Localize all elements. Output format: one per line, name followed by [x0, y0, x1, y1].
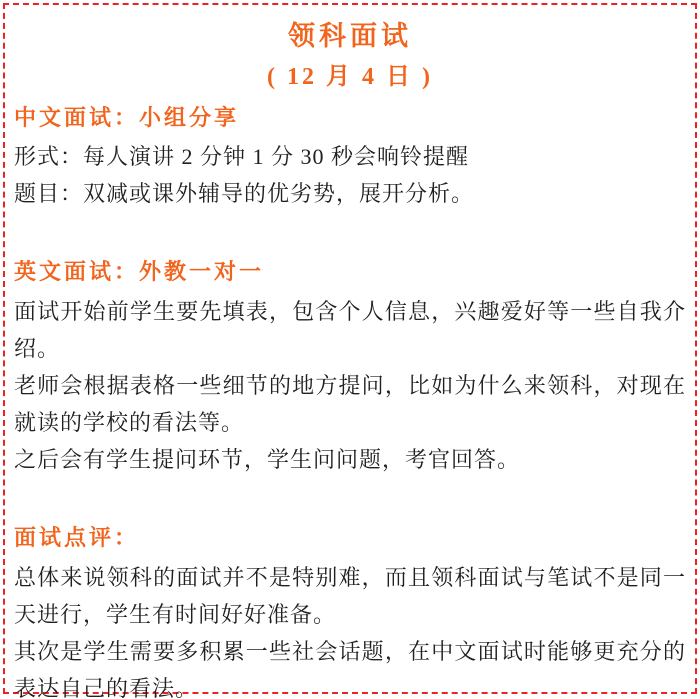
paragraph-format: 形式：每人演讲 2 分钟 1 分 30 秒会响铃提醒: [14, 138, 686, 175]
paragraph-teacher-questions: 老师会根据表格一些细节的地方提问，比如为什么来领科，对现在就读的学校的看法等。: [14, 367, 686, 441]
notice-card: 领科面试 ( 12 月 4 日 ) 中文面试：小组分享 形式：每人演讲 2 分钟…: [3, 3, 697, 694]
paragraph-review-difficulty: 总体来说领科的面试并不是特别难，而且领科面试与笔试不是同一天进行，学生有时间好好…: [14, 559, 686, 633]
page-subtitle-date: ( 12 月 4 日 ): [14, 62, 686, 92]
section-english-interview: 英文面试：外教一对一 面试开始前学生要先填表，包含个人信息，兴趣爱好等一些自我介…: [14, 258, 686, 478]
section-interview-review: 面试点评： 总体来说领科的面试并不是特别难，而且领科面试与笔试不是同一天进行，学…: [14, 524, 686, 699]
paragraph-student-questions: 之后会有学生提问环节，学生问问题，考官回答。: [14, 441, 686, 478]
section-heading-chinese-interview: 中文面试：小组分享: [14, 104, 686, 131]
paragraph-review-advice: 其次是学生需要多积累一些社会话题，在中文面试时能够更充分的表达自己的看法。: [14, 633, 686, 699]
page-title: 领科面试: [14, 19, 686, 53]
section-heading-interview-review: 面试点评：: [14, 524, 686, 551]
section-heading-english-interview: 英文面试：外教一对一: [14, 258, 686, 285]
section-chinese-interview: 中文面试：小组分享 形式：每人演讲 2 分钟 1 分 30 秒会响铃提醒 题目：…: [14, 104, 686, 212]
paragraph-form-filling: 面试开始前学生要先填表，包含个人信息，兴趣爱好等一些自我介绍。: [14, 293, 686, 367]
paragraph-topic: 题目：双减或课外辅导的优劣势，展开分析。: [14, 175, 686, 212]
